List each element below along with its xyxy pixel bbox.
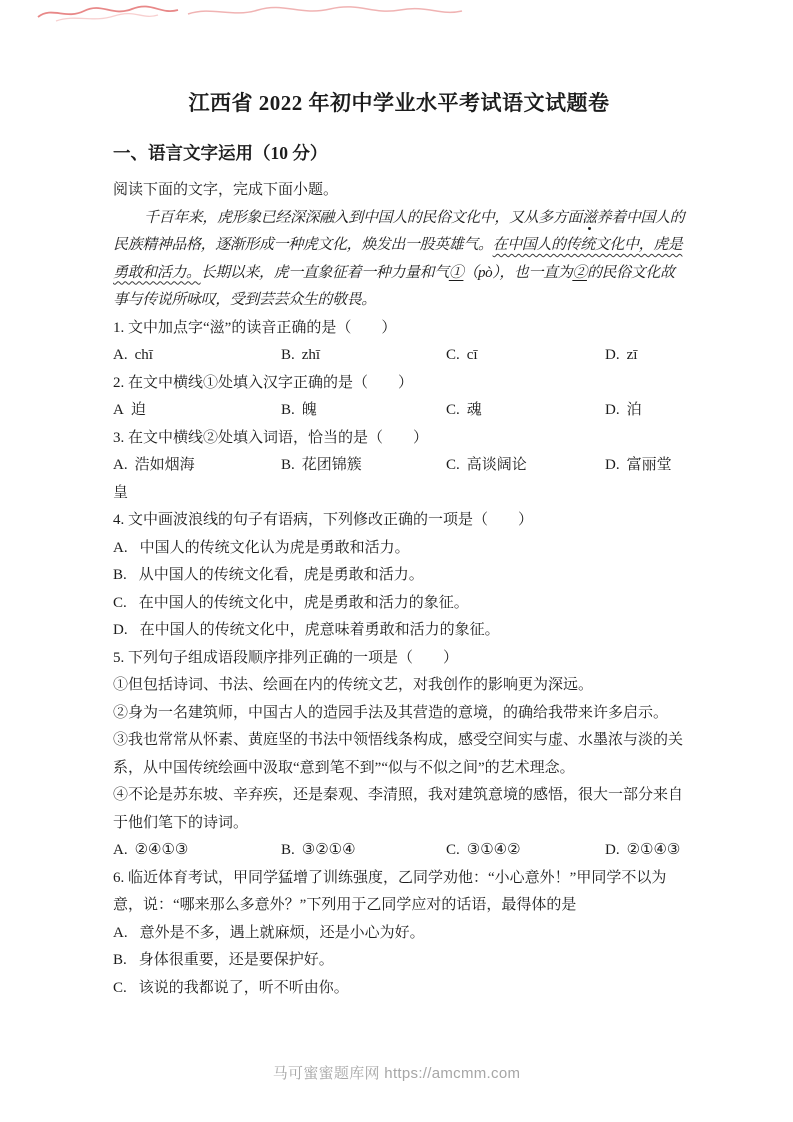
question: 3. 在文中横线②处填入词语，恰当的是（ ）A.浩如烟海B.花团锦簇C.高谈阔论… xyxy=(113,425,685,508)
reading-passage: 千百年来，虎形象已经深深融入到中国人的民俗文化中，又从多方面滋养着中国人的民族精… xyxy=(113,205,685,315)
page-content: 江西省 2022 年初中学业水平考试语文试题卷 一、语言文字运用（10 分） 阅… xyxy=(0,0,793,1002)
option-label: A. xyxy=(113,842,128,858)
passage-segment-normal: 长期以来，虎一直象征着一种力量和气 xyxy=(201,265,449,281)
page-title: 江西省 2022 年初中学业水平考试语文试题卷 xyxy=(113,88,685,118)
option-text: 在中国人的传统文化中，虎意味着勇敢和活力的象征。 xyxy=(140,622,500,638)
option: D.②①④③ xyxy=(605,842,680,858)
option: A.浩如烟海 xyxy=(113,452,281,480)
option-label: A. xyxy=(113,347,128,363)
option: C.cī xyxy=(446,342,605,370)
option-text: 花团锦簇 xyxy=(302,457,362,473)
question-stem: 1. 文中加点字“滋”的读音正确的是（ ） xyxy=(113,315,685,343)
option: C.在中国人的传统文化中，虎是勇敢和活力的象征。 xyxy=(113,590,685,618)
option-text: 魂 xyxy=(467,402,482,418)
options-row: A.chīB.zhīC.cīD.zī xyxy=(113,342,685,370)
ordering-sentence: ②身为一名建筑师，中国古人的造园手法及其营造的意境，的确给我带来许多启示。 xyxy=(113,700,685,728)
question: 5. 下列句子组成语段顺序排列正确的一项是（ ）①但包括诗词、书法、绘画在内的传… xyxy=(113,645,685,865)
option-label: B. xyxy=(281,347,295,363)
options-row: A迫B.魄C.魂D.泊 xyxy=(113,397,685,425)
option-label: A. xyxy=(113,540,128,556)
option: A.中国人的传统文化认为虎是勇敢和活力。 xyxy=(113,535,685,563)
option-text: ②④①③ xyxy=(135,842,189,858)
option: C.魂 xyxy=(446,397,605,425)
passage-segment-underline: ② xyxy=(572,265,587,281)
exam-page: 江西省 2022 年初中学业水平考试语文试题卷 一、语言文字运用（10 分） 阅… xyxy=(0,0,793,1122)
option: B.zhī xyxy=(281,342,446,370)
option-label: A. xyxy=(113,925,128,941)
watermark-footer: 马可蜜蜜题库网 https://amcmm.com xyxy=(0,1062,793,1083)
option-text: 身体很重要，还是要保护好。 xyxy=(139,952,334,968)
option-text: ③①④② xyxy=(467,842,521,858)
question-stem: 5. 下列句子组成语段顺序排列正确的一项是（ ） xyxy=(113,645,685,673)
question-stem: 4. 文中画波浪线的句子有语病，下列修改正确的一项是（ ） xyxy=(113,507,685,535)
option: A迫 xyxy=(113,397,281,425)
question-stem: 3. 在文中横线②处填入词语，恰当的是（ ） xyxy=(113,425,685,453)
passage-segment-underline: ① xyxy=(449,265,464,281)
options-row: A.浩如烟海B.花团锦簇C.高谈阔论D.富丽堂皇 xyxy=(113,452,685,507)
option-text: cī xyxy=(467,347,478,363)
option-text: 该说的我都说了，听不听由你。 xyxy=(139,980,349,996)
option: C.高谈阔论 xyxy=(446,452,605,480)
option-label: C. xyxy=(446,842,460,858)
question-list: 1. 文中加点字“滋”的读音正确的是（ ）A.chīB.zhīC.cīD.zī2… xyxy=(113,315,685,1003)
option-text: 泊 xyxy=(627,402,642,418)
option-label: C. xyxy=(446,457,460,473)
option-text: 高谈阔论 xyxy=(467,457,527,473)
option-label: C. xyxy=(446,402,460,418)
passage-segment-normal: 千百年来，虎形象已经深深融入到中国人的民俗文化中，又从多方面 xyxy=(144,210,582,226)
option: D.在中国人的传统文化中，虎意味着勇敢和活力的象征。 xyxy=(113,617,685,645)
option-label: B. xyxy=(281,402,295,418)
option-text: 从中国人的传统文化看，虎是勇敢和活力。 xyxy=(139,567,424,583)
option-text: 迫 xyxy=(131,402,146,418)
option-text: 浩如烟海 xyxy=(135,457,195,473)
option: D.zī xyxy=(605,347,637,363)
option: B.魄 xyxy=(281,397,446,425)
option: B.③②①④ xyxy=(281,837,446,865)
option-text: 意外是不多，遇上就麻烦，还是小心为好。 xyxy=(140,925,425,941)
option-label: A. xyxy=(113,457,128,473)
section-heading: 一、语言文字运用（10 分） xyxy=(113,141,685,165)
ordering-sentence: ④不论是苏东坡、辛弃疾，还是秦观、李清照，我对建筑意境的感悟，很大一部分来自于他… xyxy=(113,782,685,837)
option: D.泊 xyxy=(605,402,642,418)
option-text: 魄 xyxy=(302,402,317,418)
option-label: A xyxy=(113,402,124,418)
option-label: B. xyxy=(113,952,127,968)
option: A.②④①③ xyxy=(113,837,281,865)
option: A.意外是不多，遇上就麻烦，还是小心为好。 xyxy=(113,920,685,948)
option-label: C. xyxy=(113,980,127,996)
question: 4. 文中画波浪线的句子有语病，下列修改正确的一项是（ ）A.中国人的传统文化认… xyxy=(113,507,685,645)
option-text: 中国人的传统文化认为虎是勇敢和活力。 xyxy=(140,540,410,556)
option-label: B. xyxy=(113,567,127,583)
question: 2. 在文中横线①处填入汉字正确的是（ ）A迫B.魄C.魂D.泊 xyxy=(113,370,685,425)
option: B.从中国人的传统文化看，虎是勇敢和活力。 xyxy=(113,562,685,590)
option-label: D. xyxy=(605,842,620,858)
option-text: ③②①④ xyxy=(302,842,356,858)
intro-line: 阅读下面的文字，完成下面小题。 xyxy=(113,177,685,205)
option-label: B. xyxy=(281,842,295,858)
option-text: zī xyxy=(627,347,638,363)
option: B.身体很重要，还是要保护好。 xyxy=(113,947,685,975)
ordering-sentence: ①但包括诗词、书法、绘画在内的传统文艺，对我创作的影响更为深远。 xyxy=(113,672,685,700)
option: C.该说的我都说了，听不听由你。 xyxy=(113,975,685,1003)
option-text: chī xyxy=(135,347,153,363)
option-label: B. xyxy=(281,457,295,473)
option-label: D. xyxy=(605,347,620,363)
option-text: ②①④③ xyxy=(627,842,681,858)
option: B.花团锦簇 xyxy=(281,452,446,480)
option-text: 在中国人的传统文化中，虎是勇敢和活力的象征。 xyxy=(139,595,469,611)
options-row: A.②④①③B.③②①④C.③①④②D.②①④③ xyxy=(113,837,685,865)
option-label: D. xyxy=(605,402,620,418)
passage-segment-normal: （pò），也一直为 xyxy=(463,265,572,281)
option-text: zhī xyxy=(302,347,320,363)
option-label: D. xyxy=(605,457,620,473)
question: 6. 临近体育考试，甲同学猛增了训练强度，乙同学劝他：“小心意外！”甲同学不以为… xyxy=(113,865,685,1003)
option-label: C. xyxy=(446,347,460,363)
passage-segment-dot-under: 滋 xyxy=(582,210,597,226)
ordering-sentence: ③我也常常从怀素、黄庭坚的书法中领悟线条构成，感受空间实与虚、水墨浓与淡的关系，… xyxy=(113,727,685,782)
option-label: C. xyxy=(113,595,127,611)
option: C.③①④② xyxy=(446,837,605,865)
option: A.chī xyxy=(113,342,281,370)
question-stem: 2. 在文中横线①处填入汉字正确的是（ ） xyxy=(113,370,685,398)
question: 1. 文中加点字“滋”的读音正确的是（ ）A.chīB.zhīC.cīD.zī xyxy=(113,315,685,370)
option-label: D. xyxy=(113,622,128,638)
question-stem: 6. 临近体育考试，甲同学猛增了训练强度，乙同学劝他：“小心意外！”甲同学不以为… xyxy=(113,865,685,920)
